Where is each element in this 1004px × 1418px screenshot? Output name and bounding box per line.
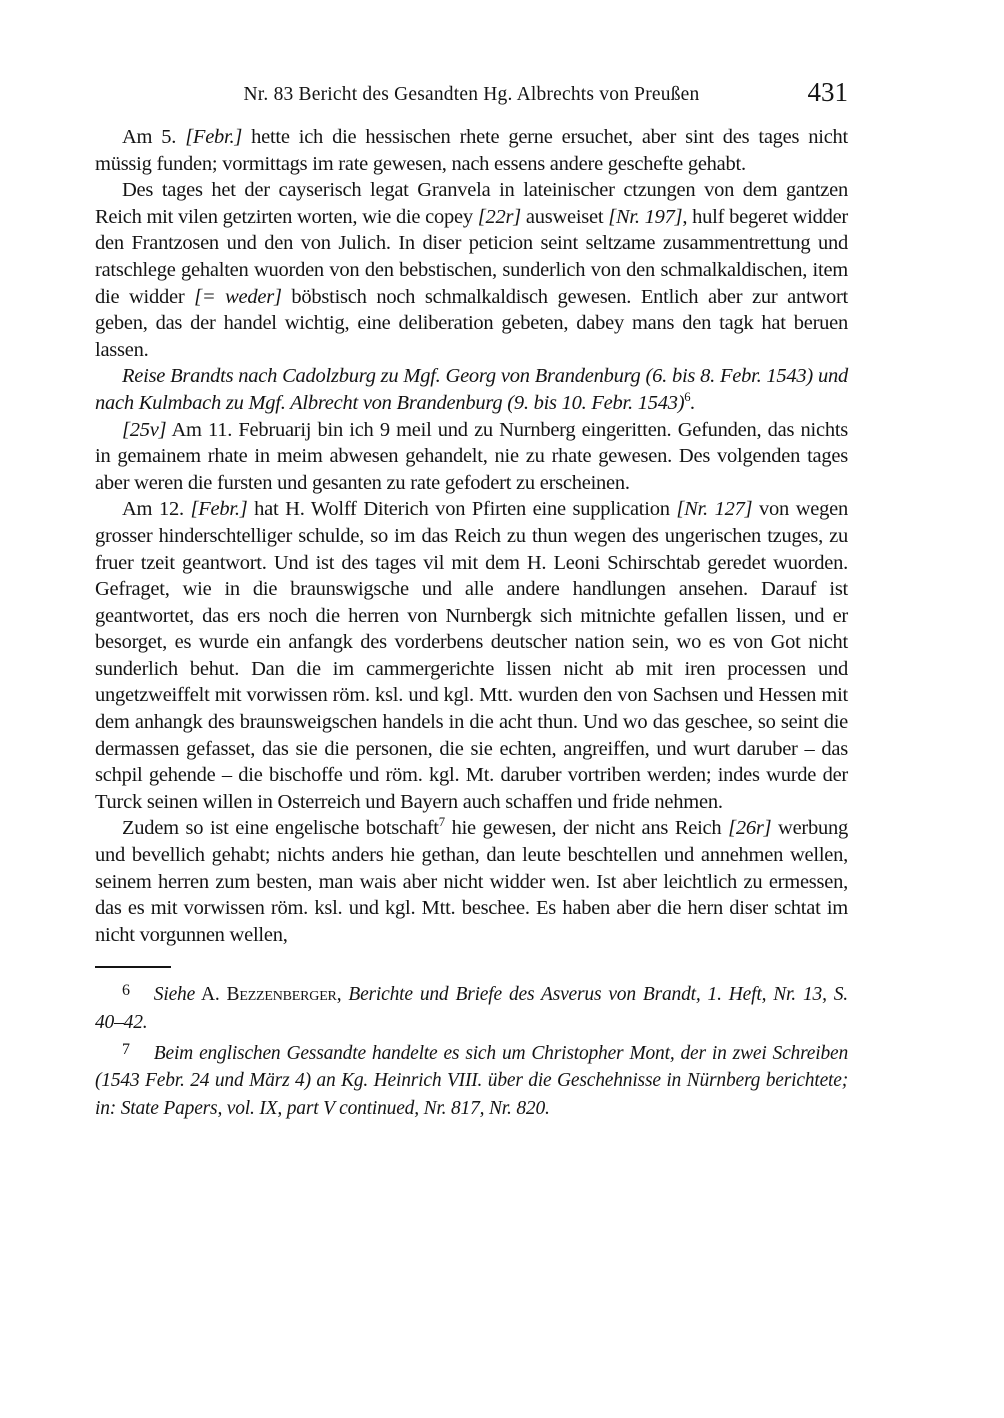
paragraph: [25v] Am 11. Februarij bin ich 9 meil un… bbox=[95, 417, 848, 497]
running-header: Nr. 83 Bericht des Gesandten Hg. Albrech… bbox=[95, 82, 848, 112]
footnote-rule bbox=[95, 966, 171, 968]
text-column: Nr. 83 Bericht des Gesandten Hg. Albrech… bbox=[95, 82, 848, 1122]
text-run: von wegen grosser hinderschtelliger schu… bbox=[95, 498, 848, 813]
text-run: , bbox=[337, 984, 349, 1005]
text-run: [= weder] bbox=[194, 286, 282, 308]
running-head-title: Nr. 83 Bericht des Gesandten Hg. Albrech… bbox=[95, 82, 848, 106]
text-run: [Nr. 127] bbox=[676, 498, 752, 520]
text-run: Bezzenberger bbox=[227, 984, 337, 1005]
footnotes-section: 6Siehe A. Bezzenberger, Berichte und Bri… bbox=[95, 966, 848, 1122]
footnote-marker: 7 bbox=[122, 1041, 154, 1058]
text-run: A. bbox=[195, 984, 227, 1005]
footnote: 6Siehe A. Bezzenberger, Berichte und Bri… bbox=[95, 977, 848, 1036]
text-run: hat H. Wolff Diterich von Pfirten eine s… bbox=[247, 498, 676, 520]
paragraph: Des tages het der cayserisch legat Granv… bbox=[95, 177, 848, 363]
text-run: Reise Brandts nach Cadolzburg zu Mgf. Ge… bbox=[95, 365, 848, 414]
text-run: [26r] bbox=[728, 817, 771, 839]
text-run: ausweiset bbox=[521, 206, 608, 228]
text-run: [Febr.] bbox=[191, 498, 248, 520]
text-run: Am 12. bbox=[122, 498, 191, 520]
footnote: 7Beim englischen Gessandte handelte es s… bbox=[95, 1036, 848, 1122]
document-page: Nr. 83 Bericht des Gesandten Hg. Albrech… bbox=[0, 0, 1004, 1418]
text-run: [22r] bbox=[478, 206, 521, 228]
text-run: [Febr.] bbox=[185, 126, 242, 148]
text-run: [Nr. 197] bbox=[608, 206, 682, 228]
text-run: Am 5. bbox=[122, 126, 185, 148]
text-run: . bbox=[690, 392, 695, 414]
paragraph: Zudem so ist eine engelische botschaft7 … bbox=[95, 815, 848, 948]
text-run: Zudem so ist eine engelische botschaft bbox=[122, 817, 439, 839]
text-run: [25v] bbox=[122, 419, 166, 441]
text-run: hie gewesen, der nicht ans Reich bbox=[445, 817, 728, 839]
footnote-marker: 6 bbox=[122, 982, 154, 999]
paragraph: Am 12. [Febr.] hat H. Wolff Diterich von… bbox=[95, 496, 848, 815]
page-number: 431 bbox=[808, 77, 849, 108]
footnote-items: 6Siehe A. Bezzenberger, Berichte und Bri… bbox=[95, 977, 848, 1122]
text-run: Am 11. Februarij bin ich 9 meil und zu N… bbox=[95, 419, 848, 494]
paragraph: Am 5. [Febr.] hette ich die hessischen r… bbox=[95, 124, 848, 177]
paragraph: Reise Brandts nach Cadolzburg zu Mgf. Ge… bbox=[95, 363, 848, 416]
body-text: Am 5. [Febr.] hette ich die hessischen r… bbox=[95, 124, 848, 948]
text-run: Beim englischen Gessandte handelte es si… bbox=[95, 1043, 848, 1119]
text-run: Siehe bbox=[154, 984, 195, 1005]
